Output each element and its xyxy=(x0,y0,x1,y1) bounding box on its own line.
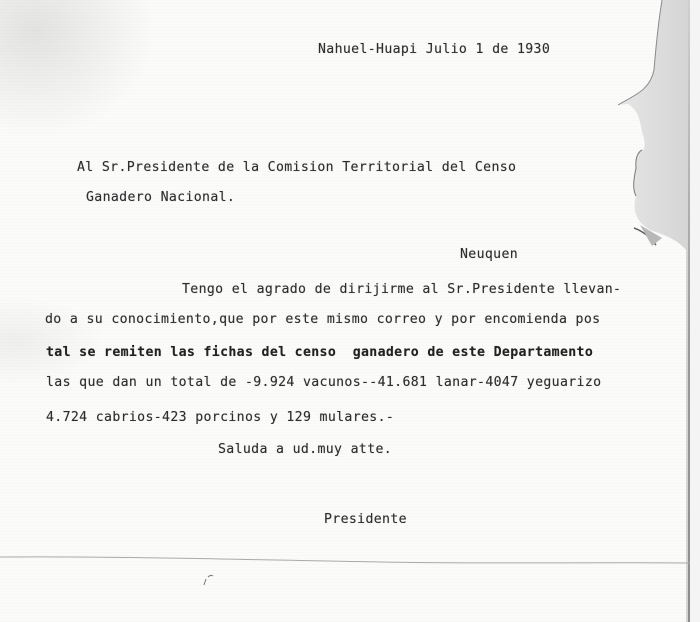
scan-grain xyxy=(0,0,700,622)
body-line-4: las que dan un total de -9.924 vacunos--… xyxy=(46,376,601,389)
place-line: Neuquen xyxy=(460,248,518,261)
fold-line xyxy=(0,540,690,564)
ink-speck xyxy=(200,573,220,587)
body-line-5: 4.724 cabrios-423 porcinos y 129 mulares… xyxy=(46,411,394,424)
body-line-3: tal se remiten las fichas del censo gana… xyxy=(46,346,593,359)
body-line-2: do a su conocimiento,que por este mismo … xyxy=(45,313,600,326)
page-margin-strip xyxy=(690,0,700,622)
signature-title: Presidente xyxy=(324,513,407,526)
addressee-line-1: Al Sr.Presidente de la Comision Territor… xyxy=(77,161,516,174)
body-line-1: Tengo el agrado de dirijirme al Sr.Presi… xyxy=(182,283,621,296)
date-line: Nahuel-Huapi Julio 1 de 1930 xyxy=(318,43,550,56)
closing-line: Saluda a ud.muy atte. xyxy=(218,443,392,456)
torn-paper-edge xyxy=(590,0,700,622)
scanned-letter-page: Nahuel-Huapi Julio 1 de 1930 Al Sr.Presi… xyxy=(0,0,700,622)
addressee-line-2: Ganadero Nacional. xyxy=(86,191,235,204)
